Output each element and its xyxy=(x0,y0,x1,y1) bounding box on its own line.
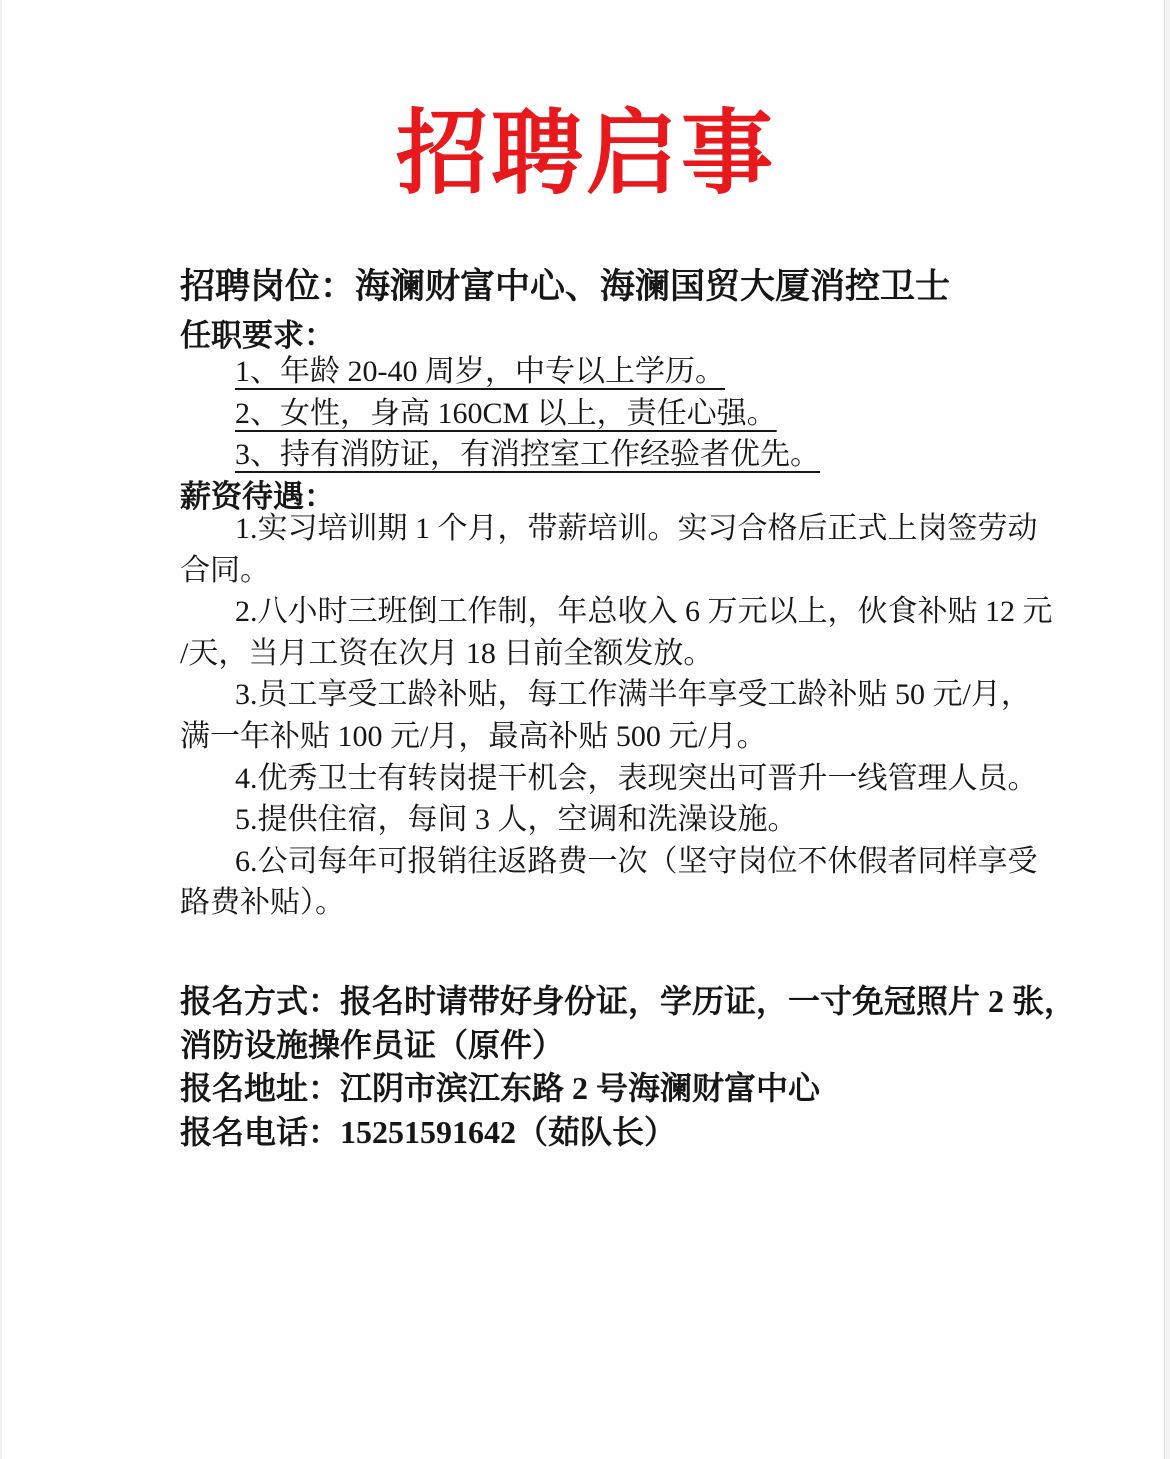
signup-phone-line: 报名电话：15251591642（茹队长） xyxy=(180,1111,1076,1155)
requirement-item-3: 3、持有消防证，有消控室工作经验者优先。 xyxy=(235,434,820,476)
salary-list: 1.实习培训期 1 个月，带薪培训。实习合格后正式上岗签劳动 合同。 2.八小时… xyxy=(180,508,1053,924)
salary-line-6b: 路费补贴）。 xyxy=(180,882,1053,924)
signup-block: 报名方式：报名时请带好身份证，学历证，一寸免冠照片 2 张， 消防设施操作员证（… xyxy=(180,980,1076,1154)
requirement-item-2: 2、女性，身高 160CM 以上，责任心强。 xyxy=(235,393,820,435)
requirements-list: 1、年龄 20-40 周岁，中专以上学历。 2、女性，身高 160CM 以上，责… xyxy=(235,351,820,476)
position-line: 招聘岗位：海澜财富中心、海澜国贸大厦消控卫士 xyxy=(180,259,950,309)
signup-method-line-2: 消防设施操作员证（原件） xyxy=(180,1024,1076,1068)
salary-line-3a: 3.员工享受工龄补贴，每工作满半年享受工龄补贴 50 元/月， xyxy=(180,674,1053,716)
requirement-item-1: 1、年龄 20-40 周岁，中专以上学历。 xyxy=(235,351,820,393)
signup-address-line: 报名地址：江阴市滨江东路 2 号海澜财富中心 xyxy=(180,1067,1076,1111)
salary-line-6a: 6.公司每年可报销往返路费一次（坚守岗位不休假者同样享受 xyxy=(180,841,1053,883)
recruitment-notice-page: 招聘启事 招聘岗位：海澜财富中心、海澜国贸大厦消控卫士 任职要求： 1、年龄 2… xyxy=(0,0,1170,1459)
page-right-edge xyxy=(1164,0,1170,1459)
salary-line-5: 5.提供住宿，每间 3 人，空调和洗澡设施。 xyxy=(180,799,1053,841)
salary-line-1a: 1.实习培训期 1 个月，带薪培训。实习合格后正式上岗签劳动 xyxy=(180,508,1053,550)
signup-method-line-1: 报名方式：报名时请带好身份证，学历证，一寸免冠照片 2 张， xyxy=(180,980,1076,1024)
salary-line-1b: 合同。 xyxy=(180,550,1053,592)
notice-title: 招聘启事 xyxy=(2,102,1170,208)
salary-line-2b: /天，当月工资在次月 18 日前全额发放。 xyxy=(180,633,1053,675)
requirements-heading: 任职要求： xyxy=(180,310,335,355)
salary-line-3b: 满一年补贴 100 元/月，最高补贴 500 元/月。 xyxy=(180,716,1053,758)
salary-line-4: 4.优秀卫士有转岗提干机会，表现突出可晋升一线管理人员。 xyxy=(180,758,1053,800)
salary-line-2a: 2.八小时三班倒工作制，年总收入 6 万元以上，伙食补贴 12 元 xyxy=(180,591,1053,633)
